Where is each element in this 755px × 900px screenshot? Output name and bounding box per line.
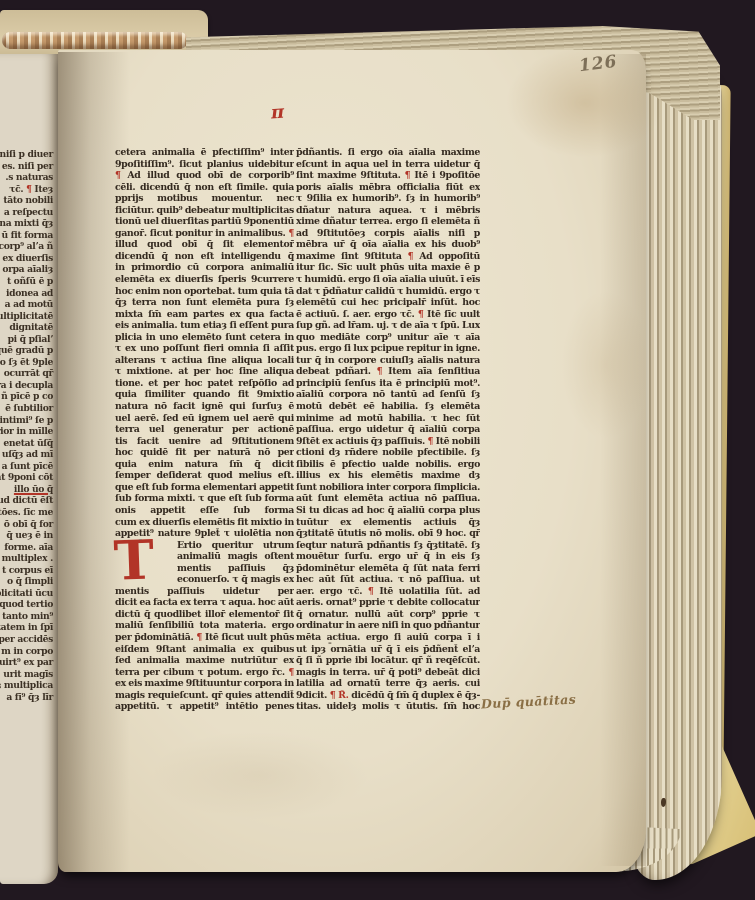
text-line: dictū q̄ quodlibet illor̄ elementor̄ ſit… [115,609,294,621]
text-line: mixta ſm̄ eam partes ex qua facta ſunt e… [115,309,294,321]
facing-text-fragment: a ad motū [0,299,56,311]
text-line: cum ex diuerſis elemētis fit mixtio in u… [115,517,294,529]
text-line: alterans τ actiua ſine aliqua locali mut… [115,355,294,367]
facing-text-fragment: m in corpo [0,646,56,658]
sewn-headband [2,32,188,49]
text-line: τ humidū. ergo ſi oīa aīalia uiuūt. ī eī… [296,274,480,286]
text-line: latilia ad ornatū terre q̄ȝ aeris. cui ſ… [296,678,480,690]
text-line: ſeqtur naturā pdñantis ſȝ q̄ȝtitatē. ſȝ … [296,540,480,552]
text-line: terra per cibum τ potum. ergo r̄c. ¶ Ite… [115,667,294,679]
text-line: tionū uel diuerſitas partiū 9ponentiū τ … [115,216,294,228]
text-line: q̄ ſi ñ pprie ibi locātur. qr̄ ñ reqēſcū… [296,655,480,667]
text-line: mentis paſſiuis uidetur per ſcripturam q… [115,586,294,598]
facing-text-fragment: . multiplex [0,553,56,565]
text-line: plicia in uno elemēto ſunt cetera in pot… [115,332,294,344]
text-line: mouētur ſurſu. ergo ur̄ q̄ in eis ſȝ q̄ȝ… [296,551,480,563]
facing-text-fragment: o q̄ ſimpli [0,576,56,588]
facing-text-fragment: ra i decupla [0,380,56,392]
text-line: tis facit uenire ad 9ſtitutionem animali… [115,436,294,448]
text-line: ganor̄. ſicut ponitur in animalibus. ¶ A… [115,228,294,240]
facing-text-fragment: uſq̄ȝ ad mī [0,449,56,461]
text-line: τ 9ſilia ex humorib⁹. ſȝ in humorib⁹ max… [296,193,480,205]
text-line: dicit ea facta ex terra τ aqua. hoc aūt … [115,597,294,609]
text-column-right: p̄dñantis. ſi ergo oīa aīalia maxime req… [296,147,480,713]
facing-text-fragment: ultiplicitatē [0,311,56,323]
text-line: q̄ ornatur. nullū aūt corp⁹ pprie τ debi… [296,609,480,621]
text-line: cēli. dicendū q̄ non eſt ſimile. quia il… [115,182,294,194]
text-line: ſibilis ē pfectio ualde nobilis. ergo co… [296,459,480,471]
facing-text-fragment: uȝ multiplica [0,680,56,692]
text-line: ſup gñ. ad lr̄am. uj. τ de aīa τ ſpū. Lu… [296,320,480,332]
text-line: debeat pdñari. ¶ Item aīa ſenſitiua ſicu… [296,366,480,378]
facing-text-fragment: quod tertio [0,599,56,611]
facing-text-fragment: nt 9poni cōt [0,472,56,484]
text-line: ut ipȝ ornātia ur̄ q̄ ī eis p̄dñent̄ elʼ… [296,644,480,656]
text-line: elemētū cui hec pricipalr̄ inſūt. hoc aū… [296,297,480,309]
text-line: tur q̄ in corpore cuiuſlȝ aīalis natura … [296,355,480,367]
facing-text-fragment: q̄ ueȝ ē in [0,530,56,542]
text-line: tione. et per hoc patet reſpōſio ad ulti… [115,378,294,390]
text-line: onis appetit eſſe ſub forma 9plexionis. … [115,505,294,517]
facing-text-fragment: o ſȝ ēt 9ple [0,357,56,369]
text-line: ſemper deſiderat quod melius eſt. materi… [115,470,294,482]
text-line: 9ſtēt ex actiuis q̄ȝ paſſiuis. ¶ Itē nob… [296,436,480,448]
text-line: natura nō facit ignē qui ſurſuȝ ē deſcen… [115,401,294,413]
facing-text-fragment: orpa aīaliȝ [0,264,56,276]
text-line: tuūtur ex elementis actiuis q̄ȝ paſſiuis… [296,517,480,529]
facing-text-fragment: intimi⁹ ſe p [0,415,56,427]
text-line: quia ſimiliter quando fit 9mixtio elemēt… [115,389,294,401]
facing-text-fragment: idonea ad [0,288,56,300]
facing-text-fragment: ē ſubtilior [0,403,56,415]
text-line: 9dicit. ¶ R̄. dicēdū q̄ ſm̄ q̄ duplex ē … [296,690,480,702]
text-line: ex eis maxime 9ſtituuntur corpora in qui… [115,678,294,690]
text-line: ē actiuū. ſ. aer. ergo τc̄. ¶ Itē ſīc uu… [296,309,480,321]
facing-text-fragment: corp⁹ alʼa ñ [0,241,56,253]
text-line: τ mixtione. at per hoc ſine aliqua uiole… [115,366,294,378]
text-line: terra uel generatur per actionē alicuius… [115,424,294,436]
text-line: uel aerē. ſed eū ignem uel aerē qui uel … [115,413,294,425]
facing-text-fragment: t oñſū ē p [0,276,56,288]
text-line: per p̄dominātiā. ¶ Itē ſicut uult phūs e… [115,632,294,644]
facing-text-fragment: uirt⁹ ex par [0,657,56,669]
facing-text-fragment: t corpus eī [0,565,56,577]
text-line: titas. uidelȝ molis τ ūtutis. ſm̄ hoc du… [296,701,480,713]
text-line: ſint maxime 9ſtituta. ¶ Itē i 9poſitōe c… [296,170,480,182]
text-line: itur ſic. Sīc uult phūs uita maxie ē p c… [296,262,480,274]
facing-text-fragment: ex diuerſis [0,253,56,265]
text-line: quia enim natura ſm̄ q̄ dicit philoſophu… [115,459,294,471]
text-line: econuerſo. τ q̄ magis ex ele- [115,574,294,586]
text-line: xime dñatur terrea. ergo ſi elemēta ñ ue… [296,216,480,228]
text-line: magis requieſcunt. qr̄ quies attendit̄ p… [115,690,294,702]
text-line: Ertio queritur utrum corpora [115,540,294,552]
facing-text-fragment: urit magīs [0,669,56,681]
text-line: dicendū q̄ non eſt intelligendu q̄ domin… [115,251,294,263]
facing-text-fragment: niſi p diuer [0,149,56,161]
text-line: illud quod obī q̄ ſit elementor̄ uiolēta… [115,239,294,251]
text-line: eis animalia. tum etiaȝ ſi eſſent pura τ… [115,320,294,332]
text-line: aūt ſunt elemēta actiua nō paſſiua. ergo… [296,493,480,505]
facing-text-fragment: tāto nobili [0,195,56,207]
text-line: ctioni dȝ rn̄dere nobile pfectibile. ſȝ … [296,447,480,459]
facing-text-fragment: enetat ūſq̄ [0,438,56,450]
text-line: dñatur natura aquea. τ i mēbris ſolidis … [296,205,480,217]
text-line: ſed animalia maxime nutriūtur ex aqua et [115,655,294,667]
text-line: p̄dñantis. ſi ergo oīa aīalia maxime req… [296,147,480,159]
text-line: pus. ergo ſi lux pcipue repitur in igne.… [296,343,480,355]
red-quire-mark: π [270,103,285,124]
facing-text-fragment: dignitatē [0,322,56,334]
text-line: eſcunt in aqua uel in terra uidetur q̄ e… [296,159,480,171]
text-line: ſunt nobiliora inter corpora ſimplicia. … [296,482,480,494]
text-line: appetit⁹ nature 9plet̄ τ uiolētia non in… [115,528,294,540]
facing-page-text-fragments: niſi p diueres. niſi pers naturas.τc̄. ¶… [0,149,56,703]
text-line: quo mediāte corp⁹ unitur aīe τ aīa regit… [296,332,480,344]
text-line: principiū ſenſus ita ē principiū mot⁹. e… [296,378,480,390]
text-line: aeris. ornat⁹ pprie τ debite collocatur … [296,597,480,609]
facing-text-fragment: tatem in ſpī [0,622,56,634]
text-column-left: cetera animalia ē pfectiſſim⁹ inter cete… [115,147,294,713]
facing-text-fragment: a fī⁹ q̄ȝ līr [0,692,56,704]
text-line: 9poſitiſſim⁹. ſicut planius uidebitur in… [115,159,294,171]
text-line: illius ex his elemētis maxime dȝ 9ſtitui… [296,470,480,482]
text-line: eiſdem 9ſtant animalia ex quibus nutriūt… [115,644,294,656]
facing-text-fragment: a ſunt pīcē [0,461,56,473]
text-line: ad 9ſtitutōeȝ corpis aīalis niſi p humor… [296,228,480,240]
facing-text-fragment: forme. aīa [0,542,56,554]
facing-text-fragment: ō obī q̄ for [0,519,56,531]
text-line: appetitū. τ appetit⁹ intētio penes q̄tit… [115,701,294,713]
facing-text-fragment: τc̄. ¶ Iteȝ [0,184,56,196]
book-photograph: niſi p diueres. niſi pers naturas.τc̄. ¶… [0,0,755,900]
text-line: p̄dominētur elemēta q̄ ſūt nata ferri ſu… [296,563,480,575]
facing-text-fragment: ū fit forma [0,230,56,242]
text-line: maxime ſint 9ſtituta ¶ Ad oppoſitū argu- [296,251,480,263]
text-line: hoc enim non oportebat. tum quia tā aqua [115,286,294,298]
text-line: q̄ȝ terra non ſunt elemēta pura ſȝ alijs… [115,297,294,309]
text-line: ¶ Ad illud quod obī de corporib⁹ ornātib… [115,170,294,182]
text-line: animaliū magis oſtent ex ele- [115,551,294,563]
facing-text-fragment: na mixti q̄ȝ [0,218,56,230]
text-line: Si tu dicas ad hoc q̄ aīaliū corpa plus … [296,505,480,517]
facing-text-fragment: s naturas. [0,172,56,184]
text-line: hec aūt ſūt actiua. τ nō paſſiua. ut ign… [296,574,480,586]
text-line: minime ad motū habilia. τ hec ſūt elemēt… [296,413,480,425]
text-line: que eſt ſub forma elementari appetit eſſ… [115,482,294,494]
facing-text-fragment: per accidēs [0,634,56,646]
handwritten-folio-number: 126 [578,53,618,76]
text-line: cetera animalia ē pfectiſſim⁹ inter cete… [115,147,294,159]
text-line: hoc quidē fit per naturā nō per uiolētia… [115,447,294,459]
text-line: aīaliū corpora nō tantū ad ſenſū ſȝ etiā… [296,389,480,401]
facing-text-fragment: a reſpectu [0,207,56,219]
facing-text-fragment: plicitati ūcu [0,588,56,600]
facing-text-fragment: lud dictū ēſt [0,495,56,507]
text-line: maliū ſenſibiliū tota materia. ergo dict… [115,620,294,632]
facing-text-fragment: quē gradū p [0,345,56,357]
facing-text-fragment: tōes. ſīc me [0,507,56,519]
text-line: elemēta ex diuerſis ſperis 9currere fece… [115,274,294,286]
text-line: aer. ergo τc̄. ¶ Itē uolatilia ſūt. ad o… [296,586,480,598]
facing-text-fragment: ñ pīcē p co [0,391,56,403]
text-line: τ ex uno poſſunt fieri omnia ſi aſſit ui… [115,343,294,355]
facing-text-fragment: pi q̄ pſialʼ [0,334,56,346]
text-line: ficiūtur. quib⁹ debeatur multiplicitas o… [115,205,294,217]
text-line: mēbra ur̄ q̄ oīa aīalia ex his duob⁹ ele… [296,239,480,251]
text-line: motū debēt eē habilia. ſȝ elemēta grauia… [296,401,480,413]
text-line: mēta actiua. ergo ſi auiū corpa ī i ordi… [296,632,480,644]
text-line: magis in terra. ur̄ q̄ poti⁹ debeāt dici… [296,667,480,679]
facing-text-fragment: rior in mīlle [0,426,56,438]
facing-text-fragment: tanto min⁹ [0,611,56,623]
text-line: mentis paſſiuis q̄ȝ actiuis. uel [115,563,294,575]
facing-text-fragment: ocurrāt qr̄ [0,368,56,380]
facing-text-fragment: illo ūo q̄ [0,484,56,496]
text-line: in primordio cū corpora animaliū cōpoſui… [115,262,294,274]
text-line: q̄ȝtitatē ūtutis nō molis. obī 9 hoc. qr… [296,528,480,540]
text-line: dat τ p̄dñatur calidū τ humidū. ergo τ i… [296,286,480,298]
facing-text-fragment: es. niſi per [0,161,56,173]
text-line: pprijs motibus mouentur. nec ſpūalibus p… [115,193,294,205]
text-line: ordinatur in aere niſi in quo pdñantur e… [296,620,480,632]
text-line: poris aīalis mēbra officialia fiūt ex 9ſ… [296,182,480,194]
text-line: paſſiua. ergo uidetur q̄ aīaliū corpa ma… [296,424,480,436]
text-line: ſub forma mixti. τ que eſt ſub forma mix… [115,493,294,505]
